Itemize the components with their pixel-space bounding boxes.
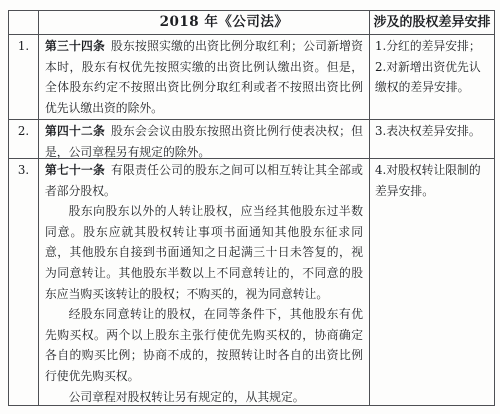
header-number-cell bbox=[9, 11, 39, 34]
header-arrangement-title: 涉及的股权差异安排 bbox=[370, 11, 494, 34]
article-71-title: 第七十一条 bbox=[45, 163, 105, 177]
arrangement-cell-1: 1.分红的差异安排； 2.对新增出资优先认缴权的差异安排。 bbox=[370, 35, 494, 119]
row-number: 3. bbox=[9, 159, 39, 405]
article-42-title: 第四十二条 bbox=[45, 124, 105, 138]
article-42-paragraph: 第四十二条股东会会议由股东按照出资比例行使表决权；但是，公司章程另有规定的除外。 bbox=[45, 121, 363, 158]
arrangement-cell-3: 4.对股权转让限制的差异安排。 bbox=[370, 159, 494, 405]
article-71-paragraph-3: 经股东同意转让的股权，在同等条件下，其他股东有优先购买权。两个以上股东主张行使优… bbox=[45, 304, 363, 386]
article-71-paragraph-4: 公司章程对股权转让另有规定的，从其规定。 bbox=[45, 387, 363, 405]
arrangement-cell-2: 3.表决权差异安排。 bbox=[370, 120, 494, 158]
article-34-text-cell: 第三十四条股东按照实缴的出资比例分取红利；公司新增资本时，股东有权优先按照实缴的… bbox=[39, 35, 370, 119]
table-row-article-71: 3. 第七十一条有限责任公司的股东之间可以相互转让其全部或者部分股权。 股东向股… bbox=[9, 159, 494, 405]
table-header-row: 2018 年《公司法》 涉及的股权差异安排 bbox=[9, 11, 494, 35]
row-number: 2. bbox=[9, 120, 39, 158]
arrangement-item-voting: 3.表决权差异安排。 bbox=[375, 121, 489, 142]
article-34-paragraph: 第三十四条股东按照实缴的出资比例分取红利；公司新增资本时，股东有权优先按照实缴的… bbox=[45, 36, 363, 118]
arrangement-item-dividend: 1.分红的差异安排； bbox=[375, 36, 489, 57]
table-row-article-42: 2. 第四十二条股东会会议由股东按照出资比例行使表决权；但是，公司章程另有规定的… bbox=[9, 120, 494, 159]
article-71-paragraph-2: 股东向股东以外的人转让股权，应当经其他股东过半数同意。股东应就其股权转让事项书面… bbox=[45, 201, 363, 304]
header-law-title: 2018 年《公司法》 bbox=[39, 11, 370, 34]
company-law-table: 2018 年《公司法》 涉及的股权差异安排 1. 第三十四条股东按照实缴的出资比… bbox=[8, 10, 495, 406]
table-row-article-34: 1. 第三十四条股东按照实缴的出资比例分取红利；公司新增资本时，股东有权优先按照… bbox=[9, 35, 494, 120]
document-page: 2018 年《公司法》 涉及的股权差异安排 1. 第三十四条股东按照实缴的出资比… bbox=[0, 0, 500, 414]
arrangement-item-new-capital: 2.对新增出资优先认缴权的差异安排。 bbox=[375, 57, 489, 98]
article-71-text-cell: 第七十一条有限责任公司的股东之间可以相互转让其全部或者部分股权。 股东向股东以外… bbox=[39, 159, 370, 405]
article-71-paragraph-1: 第七十一条有限责任公司的股东之间可以相互转让其全部或者部分股权。 bbox=[45, 160, 363, 201]
arrangement-item-transfer-restriction: 4.对股权转让限制的差异安排。 bbox=[375, 160, 489, 201]
article-42-text-cell: 第四十二条股东会会议由股东按照出资比例行使表决权；但是，公司章程另有规定的除外。 bbox=[39, 120, 370, 158]
row-number: 1. bbox=[9, 35, 39, 119]
article-34-title: 第三十四条 bbox=[45, 39, 105, 53]
